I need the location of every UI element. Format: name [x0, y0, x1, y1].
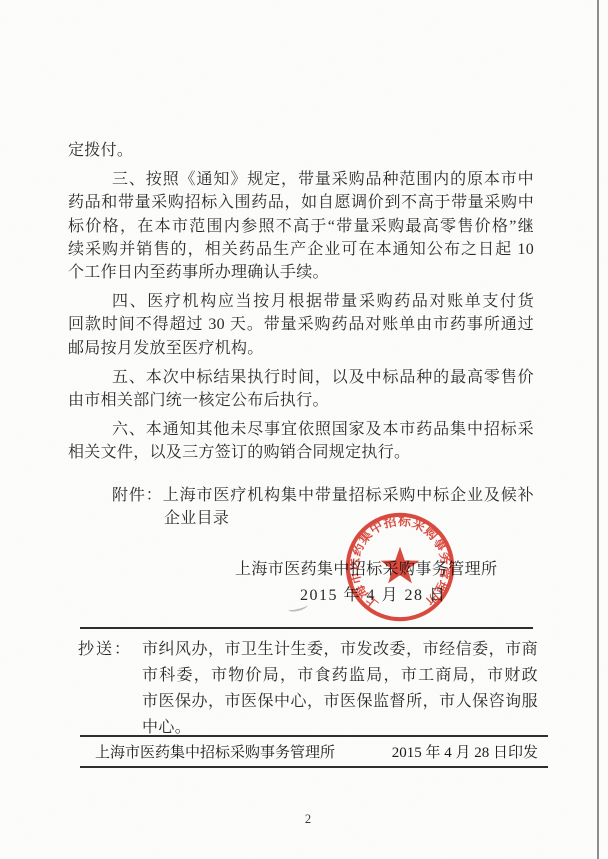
scan-smudge: [287, 601, 308, 612]
body-line: 回款时间不得超过 30 天。带量采购药品对账单由市药事所通过: [68, 313, 534, 336]
body-line: 五、本次中标结果执行时间，以及中标品种的最高零售价格: [68, 366, 534, 389]
footer-print-date: 2015 年 4 月 28 日印发: [392, 742, 538, 764]
body-line: 相关文件，以及三方签订的购销合同规定执行。: [68, 441, 534, 464]
body-text: 定拨付。 三、按照《通知》规定，带量采购品种范围内的原本市中标 药品和带量采购招…: [68, 139, 534, 470]
body-line: 个工作日内至药事所办理确认手续。: [68, 261, 534, 284]
footer-row: 上海市医药集中招标采购事务管理所 2015 年 4 月 28 日印发: [95, 742, 538, 764]
cc-block: 抄送： 市纠风办，市卫生计生委，市发改委，市经信委，市商委， 市科委，市物价局，…: [78, 637, 538, 741]
body-line: 续采购并销售的，相关药品生产企业可在本通知公布之日起 10: [68, 238, 534, 261]
attachment-line: 企业目录: [68, 507, 534, 530]
cc-line: 中心。: [142, 715, 538, 741]
body-line: 六、本通知其他未尽事宜依照国家及本市药品集中招标采购: [68, 418, 534, 441]
paragraph: 四、医疗机构应当按月根据带量采购药品对账单支付货款， 回款时间不得超过 30 天…: [68, 290, 534, 360]
body-line: 邮局按月发放至医疗机构。: [68, 337, 534, 360]
body-line: 药品和带量采购招标入围药品，如自愿调价到不高于带量采购中: [68, 191, 534, 214]
cc-line: 市医保办，市医保中心，市医保监督所，市人保咨询服务: [142, 689, 538, 715]
paragraph: 六、本通知其他未尽事宜依照国家及本市药品集中招标采购 相关文件，以及三方签订的购…: [68, 418, 534, 464]
body-line: 四、医疗机构应当按月根据带量采购药品对账单支付货款，: [68, 290, 534, 313]
separator-line-bottom: [80, 766, 548, 768]
body-line: 标价格，在本市范围内参照不高于“带量采购最高零售价格”继: [68, 215, 534, 238]
cc-line: 市科委，市物价局，市食药监局，市工商局，市财政局，: [142, 663, 538, 689]
scan-page-edge: [597, 0, 599, 859]
scanned-document-page: 定拨付。 三、按照《通知》规定，带量采购品种范围内的原本市中标 药品和带量采购招…: [0, 0, 608, 859]
body-line: 由市相关部门统一核定公布后执行。: [68, 389, 534, 412]
paragraph: 定拨付。: [68, 139, 534, 162]
cc-line: 市纠风办，市卫生计生委，市发改委，市经信委，市商委，: [142, 637, 538, 663]
body-line: 三、按照《通知》规定，带量采购品种范围内的原本市中标: [68, 168, 534, 191]
separator-line-top: [80, 627, 533, 629]
cc-label: 抄送：: [78, 637, 132, 663]
footer-issuer: 上海市医药集中招标采购事务管理所: [95, 742, 335, 764]
page-number: 2: [296, 812, 320, 827]
star-icon: [381, 547, 420, 584]
attachment-note: 附件：上海市医疗机构集中带量招标采购中标企业及候补 企业目录: [68, 484, 534, 530]
paragraph: 五、本次中标结果执行时间，以及中标品种的最高零售价格 由市相关部门统一核定公布后…: [68, 366, 534, 412]
body-line: 定拨付。: [68, 139, 534, 162]
attachment-line: 附件：上海市医疗机构集中带量招标采购中标企业及候补: [68, 484, 534, 507]
official-seal-stamp: 上海市医药集中招标采购事务管理所: [342, 509, 458, 625]
paragraph: 三、按照《通知》规定，带量采购品种范围内的原本市中标 药品和带量采购招标入围药品…: [68, 168, 534, 284]
